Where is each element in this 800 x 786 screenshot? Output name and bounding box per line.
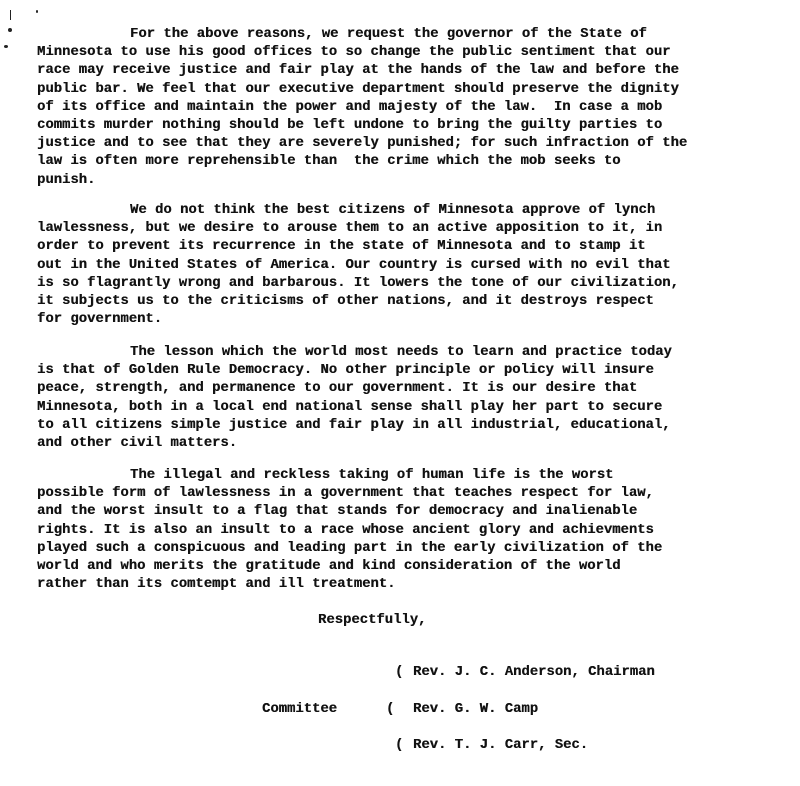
signatory-name: Rev. G. W. Camp	[413, 700, 538, 718]
text-line: is that of Golden Rule Democracy. No oth…	[37, 361, 797, 379]
bracket: (	[395, 663, 403, 681]
text-line: peace, strength, and permanence to our g…	[37, 379, 797, 397]
text-line: order to prevent its recurrence in the s…	[37, 237, 797, 255]
scan-artifact	[8, 28, 12, 32]
bracket: (	[386, 700, 394, 718]
text-line: played such a conspicuous and leading pa…	[37, 539, 797, 557]
signatory-name: Rev. J. C. Anderson, Chairman	[413, 663, 655, 681]
text-line: and the worst insult to a flag that stan…	[37, 502, 797, 520]
scan-artifact	[4, 45, 8, 48]
text-line: world and who merits the gratitude and k…	[37, 557, 797, 575]
text-line: possible form of lawlessness in a govern…	[37, 484, 797, 502]
paragraph-2: We do not think the best citizens of Min…	[37, 201, 797, 328]
text-line: law is often more reprehensible than the…	[37, 152, 797, 170]
paragraph-4: The illegal and reckless taking of human…	[37, 466, 797, 593]
text-line: is so flagrantly wrong and barbarous. It…	[37, 274, 797, 292]
bracket: (	[395, 736, 403, 754]
paragraph-3: The lesson which the world most needs to…	[37, 343, 797, 452]
document-page: For the above reasons, we request the go…	[0, 0, 800, 786]
text-line: rights. It is also an insult to a race w…	[37, 521, 797, 539]
closing-salutation: Respectfully,	[318, 611, 426, 629]
text-line: it subjects us to the criticisms of othe…	[37, 292, 797, 310]
text-line: The lesson which the world most needs to…	[37, 343, 797, 361]
text-line: public bar. We feel that our executive d…	[37, 80, 797, 98]
text-line: The illegal and reckless taking of human…	[37, 466, 797, 484]
paragraph-1: For the above reasons, we request the go…	[37, 25, 797, 189]
scan-artifact	[10, 10, 11, 20]
committee-label: Committee	[262, 700, 337, 718]
text-line: and other civil matters.	[37, 434, 797, 452]
text-line: to all citizens simple justice and fair …	[37, 416, 797, 434]
text-line: commits murder nothing should be left un…	[37, 116, 797, 134]
signatory-name: Rev. T. J. Carr, Sec.	[413, 736, 588, 754]
text-line: Minnesota to use his good offices to so …	[37, 43, 797, 61]
scan-artifact	[36, 10, 38, 13]
text-line: justice and to see that they are severel…	[37, 134, 797, 152]
text-line: out in the United States of America. Our…	[37, 256, 797, 274]
text-line: of its office and maintain the power and…	[37, 98, 797, 116]
text-line: Minnesota, both in a local end national …	[37, 398, 797, 416]
text-line: For the above reasons, we request the go…	[37, 25, 797, 43]
text-line: rather than its comtempt and ill treatme…	[37, 575, 797, 593]
text-line: race may receive justice and fair play a…	[37, 61, 797, 79]
text-line: punish.	[37, 171, 797, 189]
text-line: We do not think the best citizens of Min…	[37, 201, 797, 219]
text-line: for government.	[37, 310, 797, 328]
text-line: lawlessness, but we desire to arouse the…	[37, 219, 797, 237]
